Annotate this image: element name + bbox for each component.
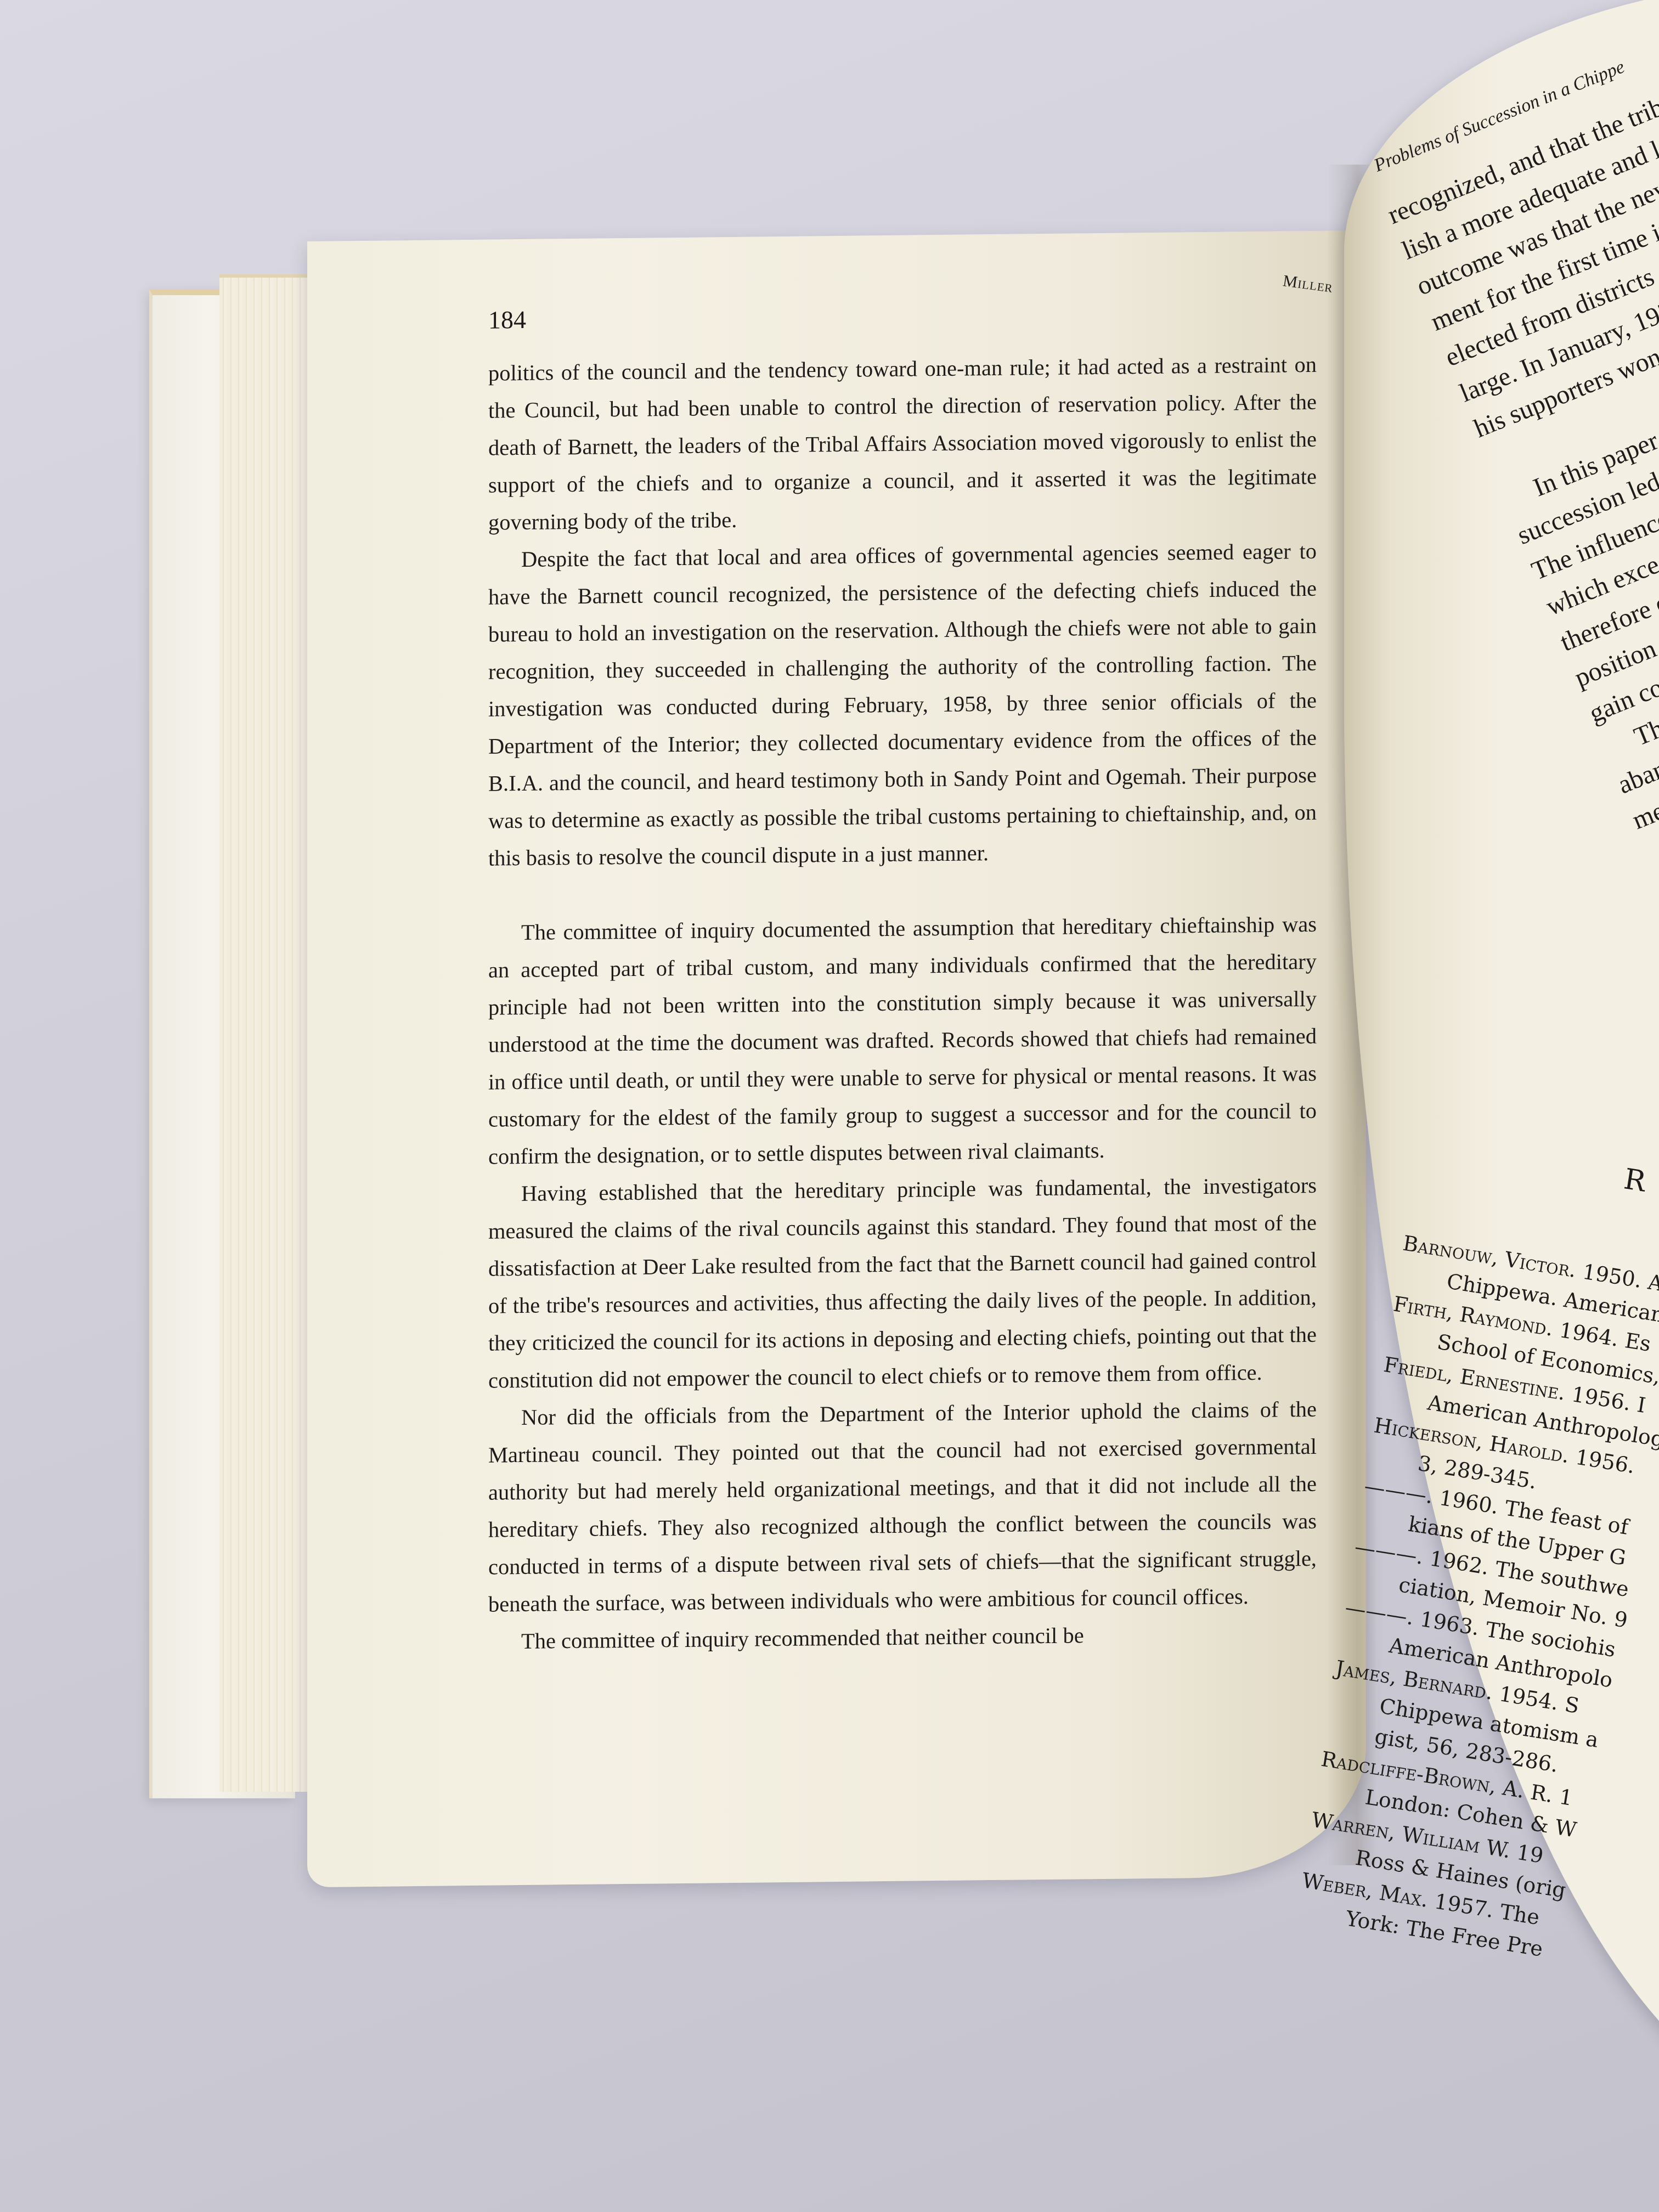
- paragraph: politics of the council and the tendency…: [488, 346, 1317, 541]
- paragraph: Nor did the officials from the Departmen…: [488, 1391, 1317, 1623]
- page-number: 184: [488, 305, 526, 335]
- references-heading: R: [1622, 1163, 1659, 1222]
- paragraph: Despite the fact that local and area off…: [488, 533, 1317, 877]
- left-running-head: 184 Miller: [488, 297, 1317, 355]
- paragraph: Having established that the hereditary p…: [488, 1167, 1317, 1400]
- left-body-text: politics of the council and the tendency…: [488, 346, 1317, 1661]
- paragraph: The committee of inquiry recommended tha…: [488, 1615, 1317, 1661]
- right-body-text: recognized, and that the tribe a lish a …: [1382, 0, 1659, 840]
- running-head-author: Miller: [1282, 272, 1334, 297]
- left-page: 184 Miller politics of the council and t…: [307, 230, 1366, 1887]
- paragraph: The committee of inquiry documented the …: [488, 906, 1317, 1176]
